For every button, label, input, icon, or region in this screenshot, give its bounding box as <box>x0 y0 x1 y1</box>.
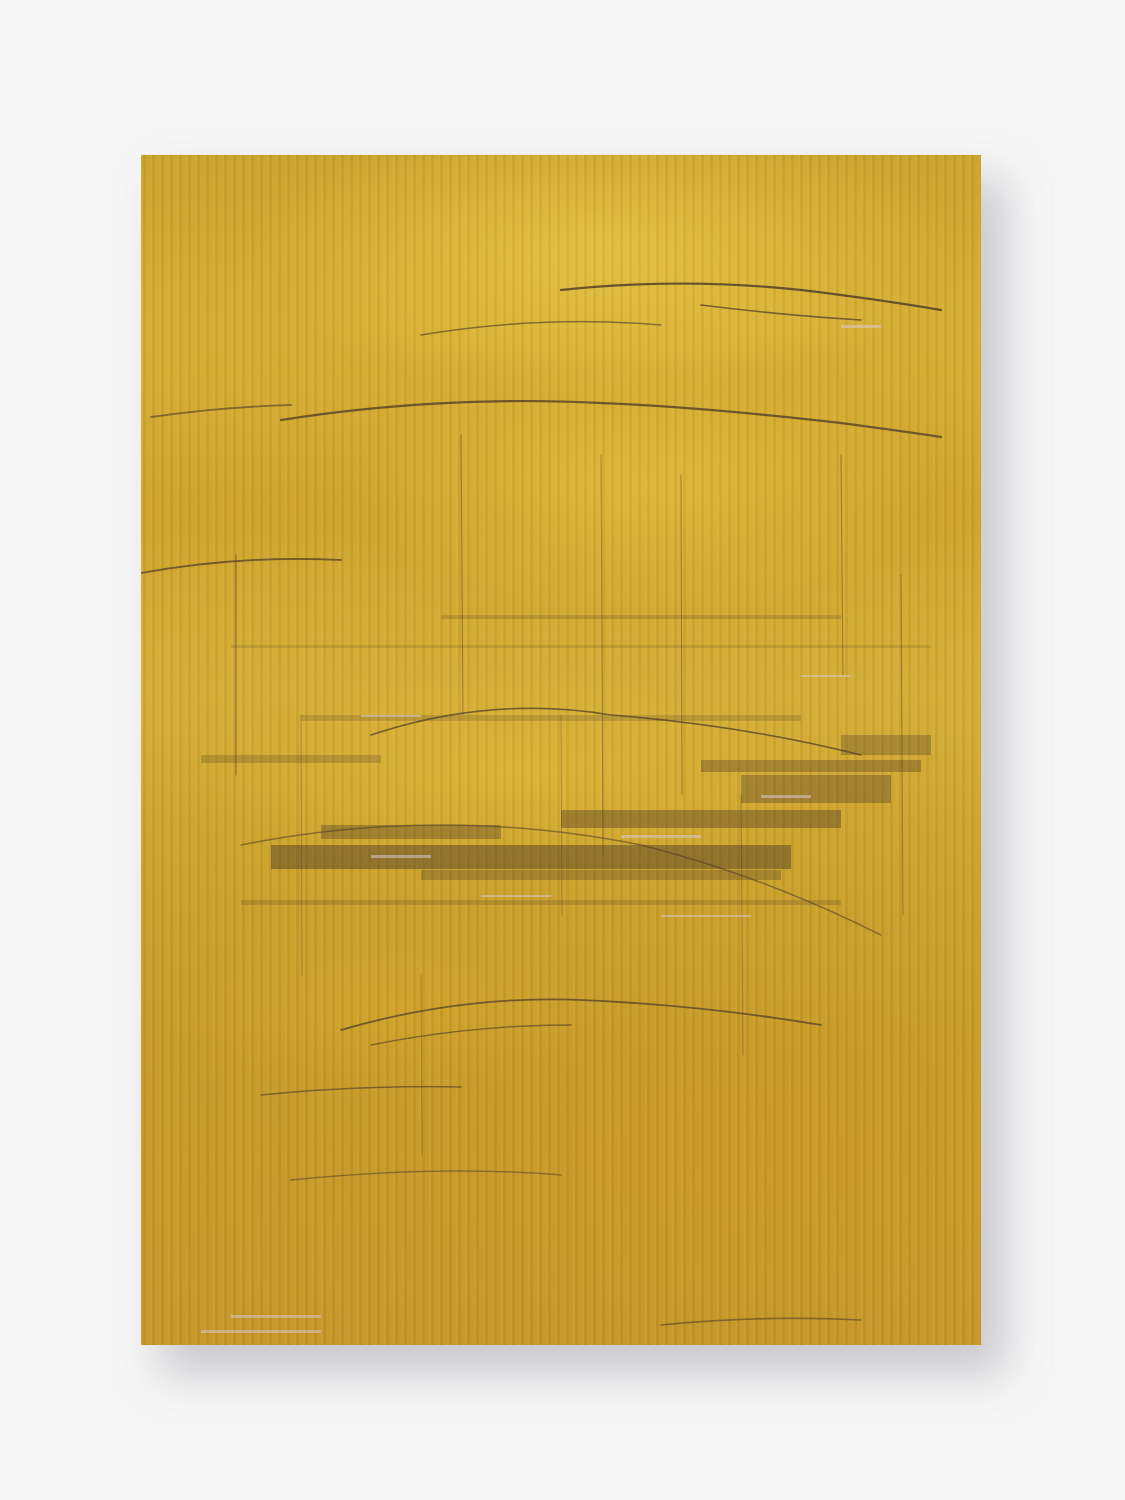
rug-pattern <box>141 155 981 1345</box>
gold-abstract-rug <box>141 155 981 1345</box>
